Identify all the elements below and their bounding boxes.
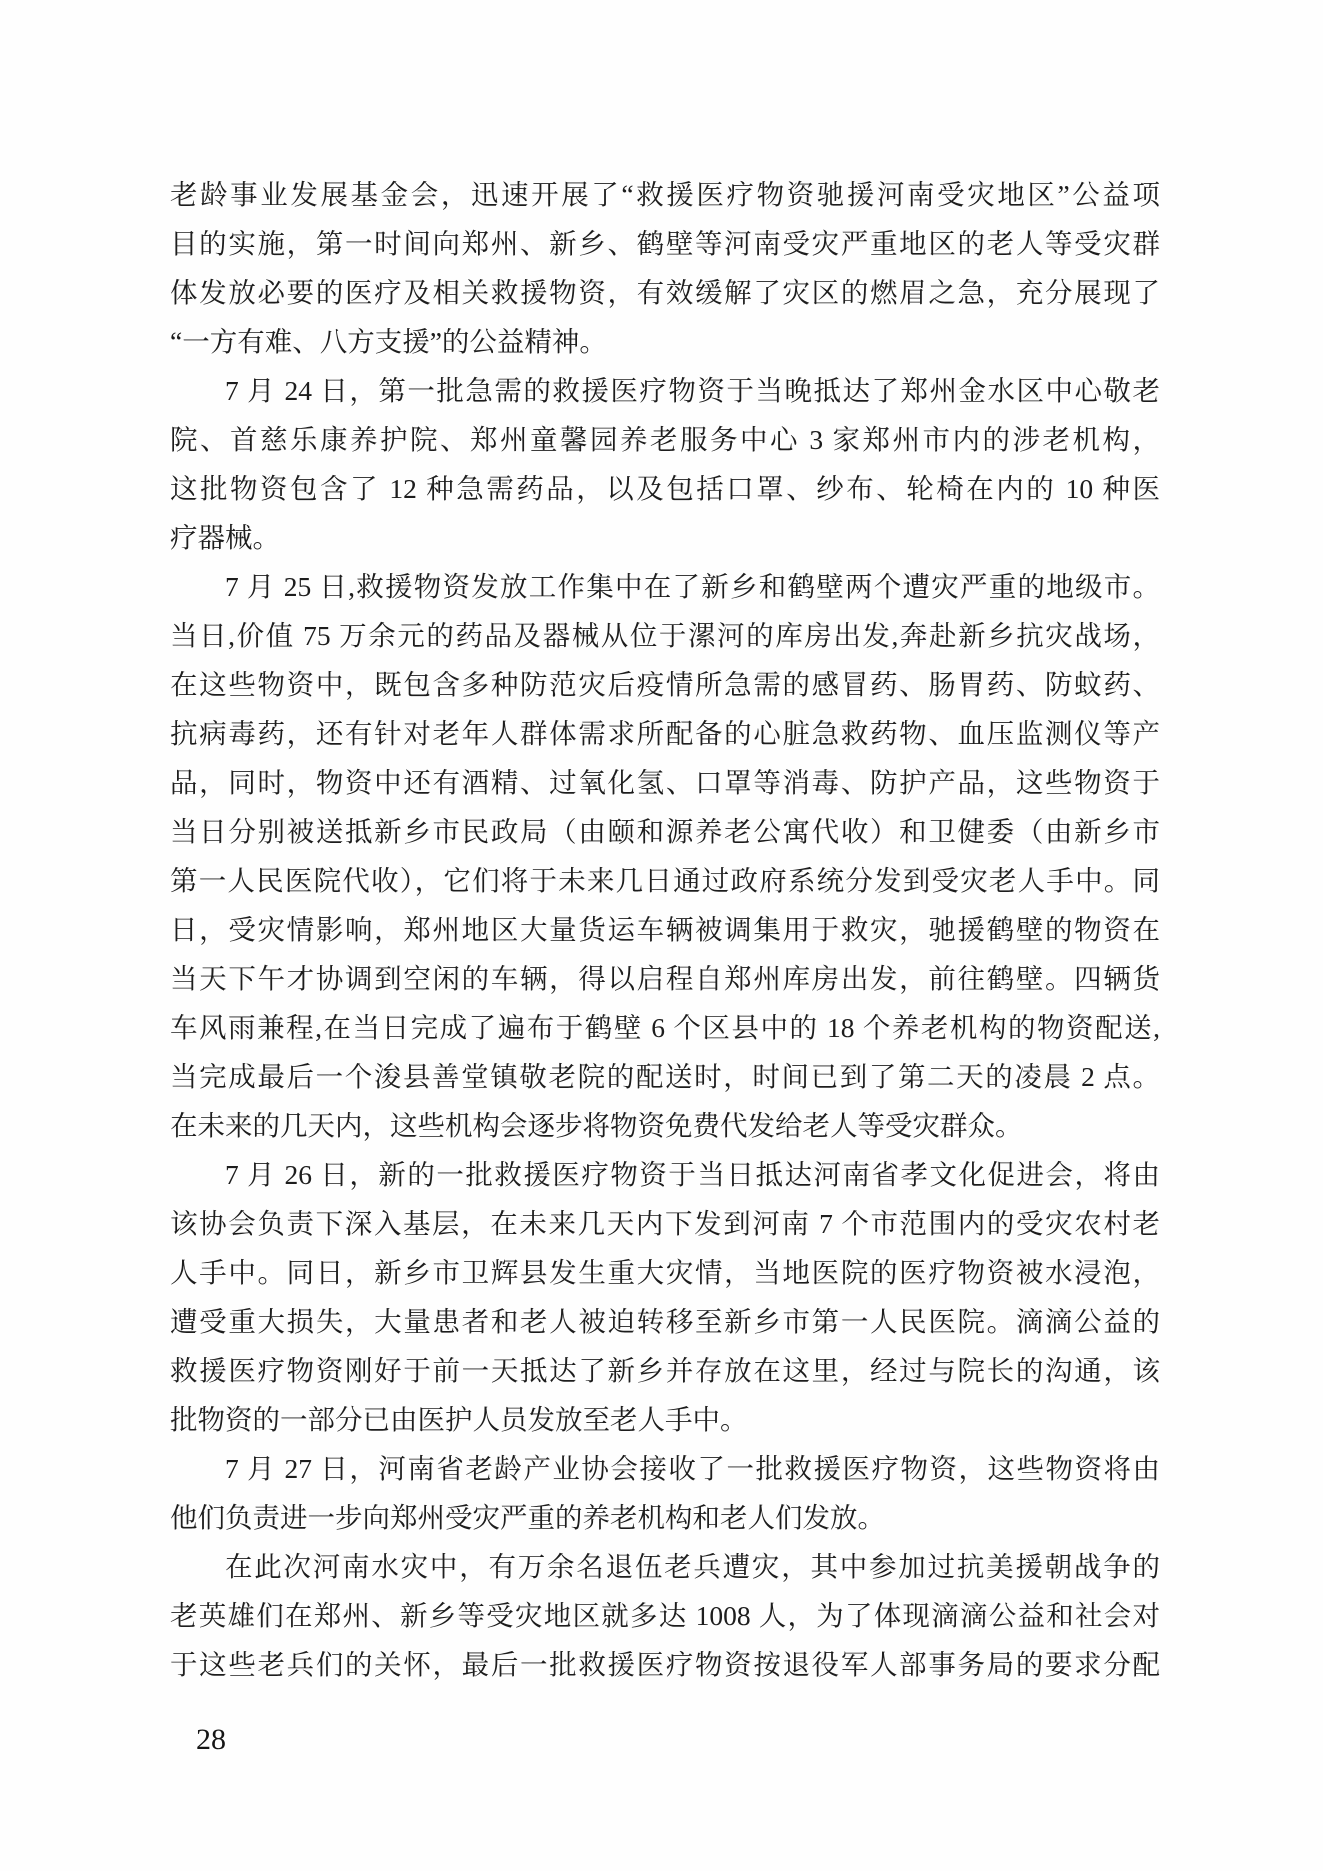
text-line: 老英雄们在郑州、新乡等受灾地区就多达 1008 人，为了体现滴滴公益和社会对 — [170, 1591, 1160, 1640]
text-line: 该协会负责下深入基层，在未来几天内下发到河南 7 个市范围内的受灾农村老 — [170, 1199, 1160, 1248]
text-line: 7 月 27 日，河南省老龄产业协会接收了一批救援医疗物资，这些物资将由 — [170, 1444, 1160, 1493]
page-number: 28 — [196, 1720, 226, 1760]
text-line: 7 月 24 日，第一批急需的救援医疗物资于当晚抵达了郑州金水区中心敬老 — [170, 366, 1160, 415]
text-line: 人手中。同日，新乡市卫辉县发生重大灾情，当地医院的医疗物资被水浸泡， — [170, 1248, 1160, 1297]
text-line: 7 月 26 日，新的一批救援医疗物资于当日抵达河南省孝文化促进会，将由 — [170, 1150, 1160, 1199]
text-line: 救援医疗物资刚好于前一天抵达了新乡并存放在这里，经过与院长的沟通，该 — [170, 1346, 1160, 1395]
text-line: 第一人民医院代收），它们将于未来几日通过政府系统分发到受灾老人手中。同 — [170, 856, 1160, 905]
text-line: 于这些老兵们的关怀，最后一批救援医疗物资按退役军人部事务局的要求分配 — [170, 1640, 1160, 1689]
text-line: 当完成最后一个浚县善堂镇敬老院的配送时，时间已到了第二天的凌晨 2 点。 — [170, 1052, 1160, 1101]
text-line: 当日分别被送抵新乡市民政局（由颐和源养老公寓代收）和卫健委（由新乡市 — [170, 807, 1160, 856]
text-line: 抗病毒药，还有针对老年人群体需求所配备的心脏急救药物、血压监测仪等产 — [170, 709, 1160, 758]
text-line: 疗器械。 — [170, 513, 1160, 562]
text-line: 院、首慈乐康养护院、郑州童馨园养老服务中心 3 家郑州市内的涉老机构， — [170, 415, 1160, 464]
text-line: 当日,价值 75 万余元的药品及器械从位于漯河的库房出发,奔赴新乡抗灾战场， — [170, 611, 1160, 660]
text-line: 品，同时，物资中还有酒精、过氧化氢、口罩等消毒、防护产品，这些物资于 — [170, 758, 1160, 807]
text-line: 遭受重大损失，大量患者和老人被迫转移至新乡市第一人民医院。滴滴公益的 — [170, 1297, 1160, 1346]
text-line: 在这些物资中，既包含多种防范灾后疫情所急需的感冒药、肠胃药、防蚊药、 — [170, 660, 1160, 709]
text-line: “一方有难、八方支援”的公益精神。 — [170, 317, 1160, 366]
text-line: 他们负责进一步向郑州受灾严重的养老机构和老人们发放。 — [170, 1493, 1160, 1542]
text-line: 7 月 25 日,救援物资发放工作集中在了新乡和鹤壁两个遭灾严重的地级市。 — [170, 562, 1160, 611]
text-line: 批物资的一部分已由医护人员发放至老人手中。 — [170, 1395, 1160, 1444]
text-line: 日，受灾情影响，郑州地区大量货运车辆被调集用于救灾，驰援鹤壁的物资在 — [170, 905, 1160, 954]
document-page: 老龄事业发展基金会，迅速开展了“救援医疗物资驰援河南受灾地区”公益项目的实施，第… — [0, 0, 1323, 1871]
text-line: 在未来的几天内，这些机构会逐步将物资免费代发给老人等受灾群众。 — [170, 1101, 1160, 1150]
text-line: 当天下午才协调到空闲的车辆，得以启程自郑州库房出发，前往鹤壁。四辆货 — [170, 954, 1160, 1003]
text-line: 车风雨兼程,在当日完成了遍布于鹤壁 6 个区县中的 18 个养老机构的物资配送, — [170, 1003, 1160, 1052]
text-line: 这批物资包含了 12 种急需药品，以及包括口罩、纱布、轮椅在内的 10 种医 — [170, 464, 1160, 513]
text-line: 老龄事业发展基金会，迅速开展了“救援医疗物资驰援河南受灾地区”公益项 — [170, 170, 1160, 219]
body-text: 老龄事业发展基金会，迅速开展了“救援医疗物资驰援河南受灾地区”公益项目的实施，第… — [170, 170, 1160, 1689]
text-line: 体发放必要的医疗及相关救援物资，有效缓解了灾区的燃眉之急，充分展现了 — [170, 268, 1160, 317]
text-line: 在此次河南水灾中，有万余名退伍老兵遭灾，其中参加过抗美援朝战争的 — [170, 1542, 1160, 1591]
text-line: 目的实施，第一时间向郑州、新乡、鹤壁等河南受灾严重地区的老人等受灾群 — [170, 219, 1160, 268]
